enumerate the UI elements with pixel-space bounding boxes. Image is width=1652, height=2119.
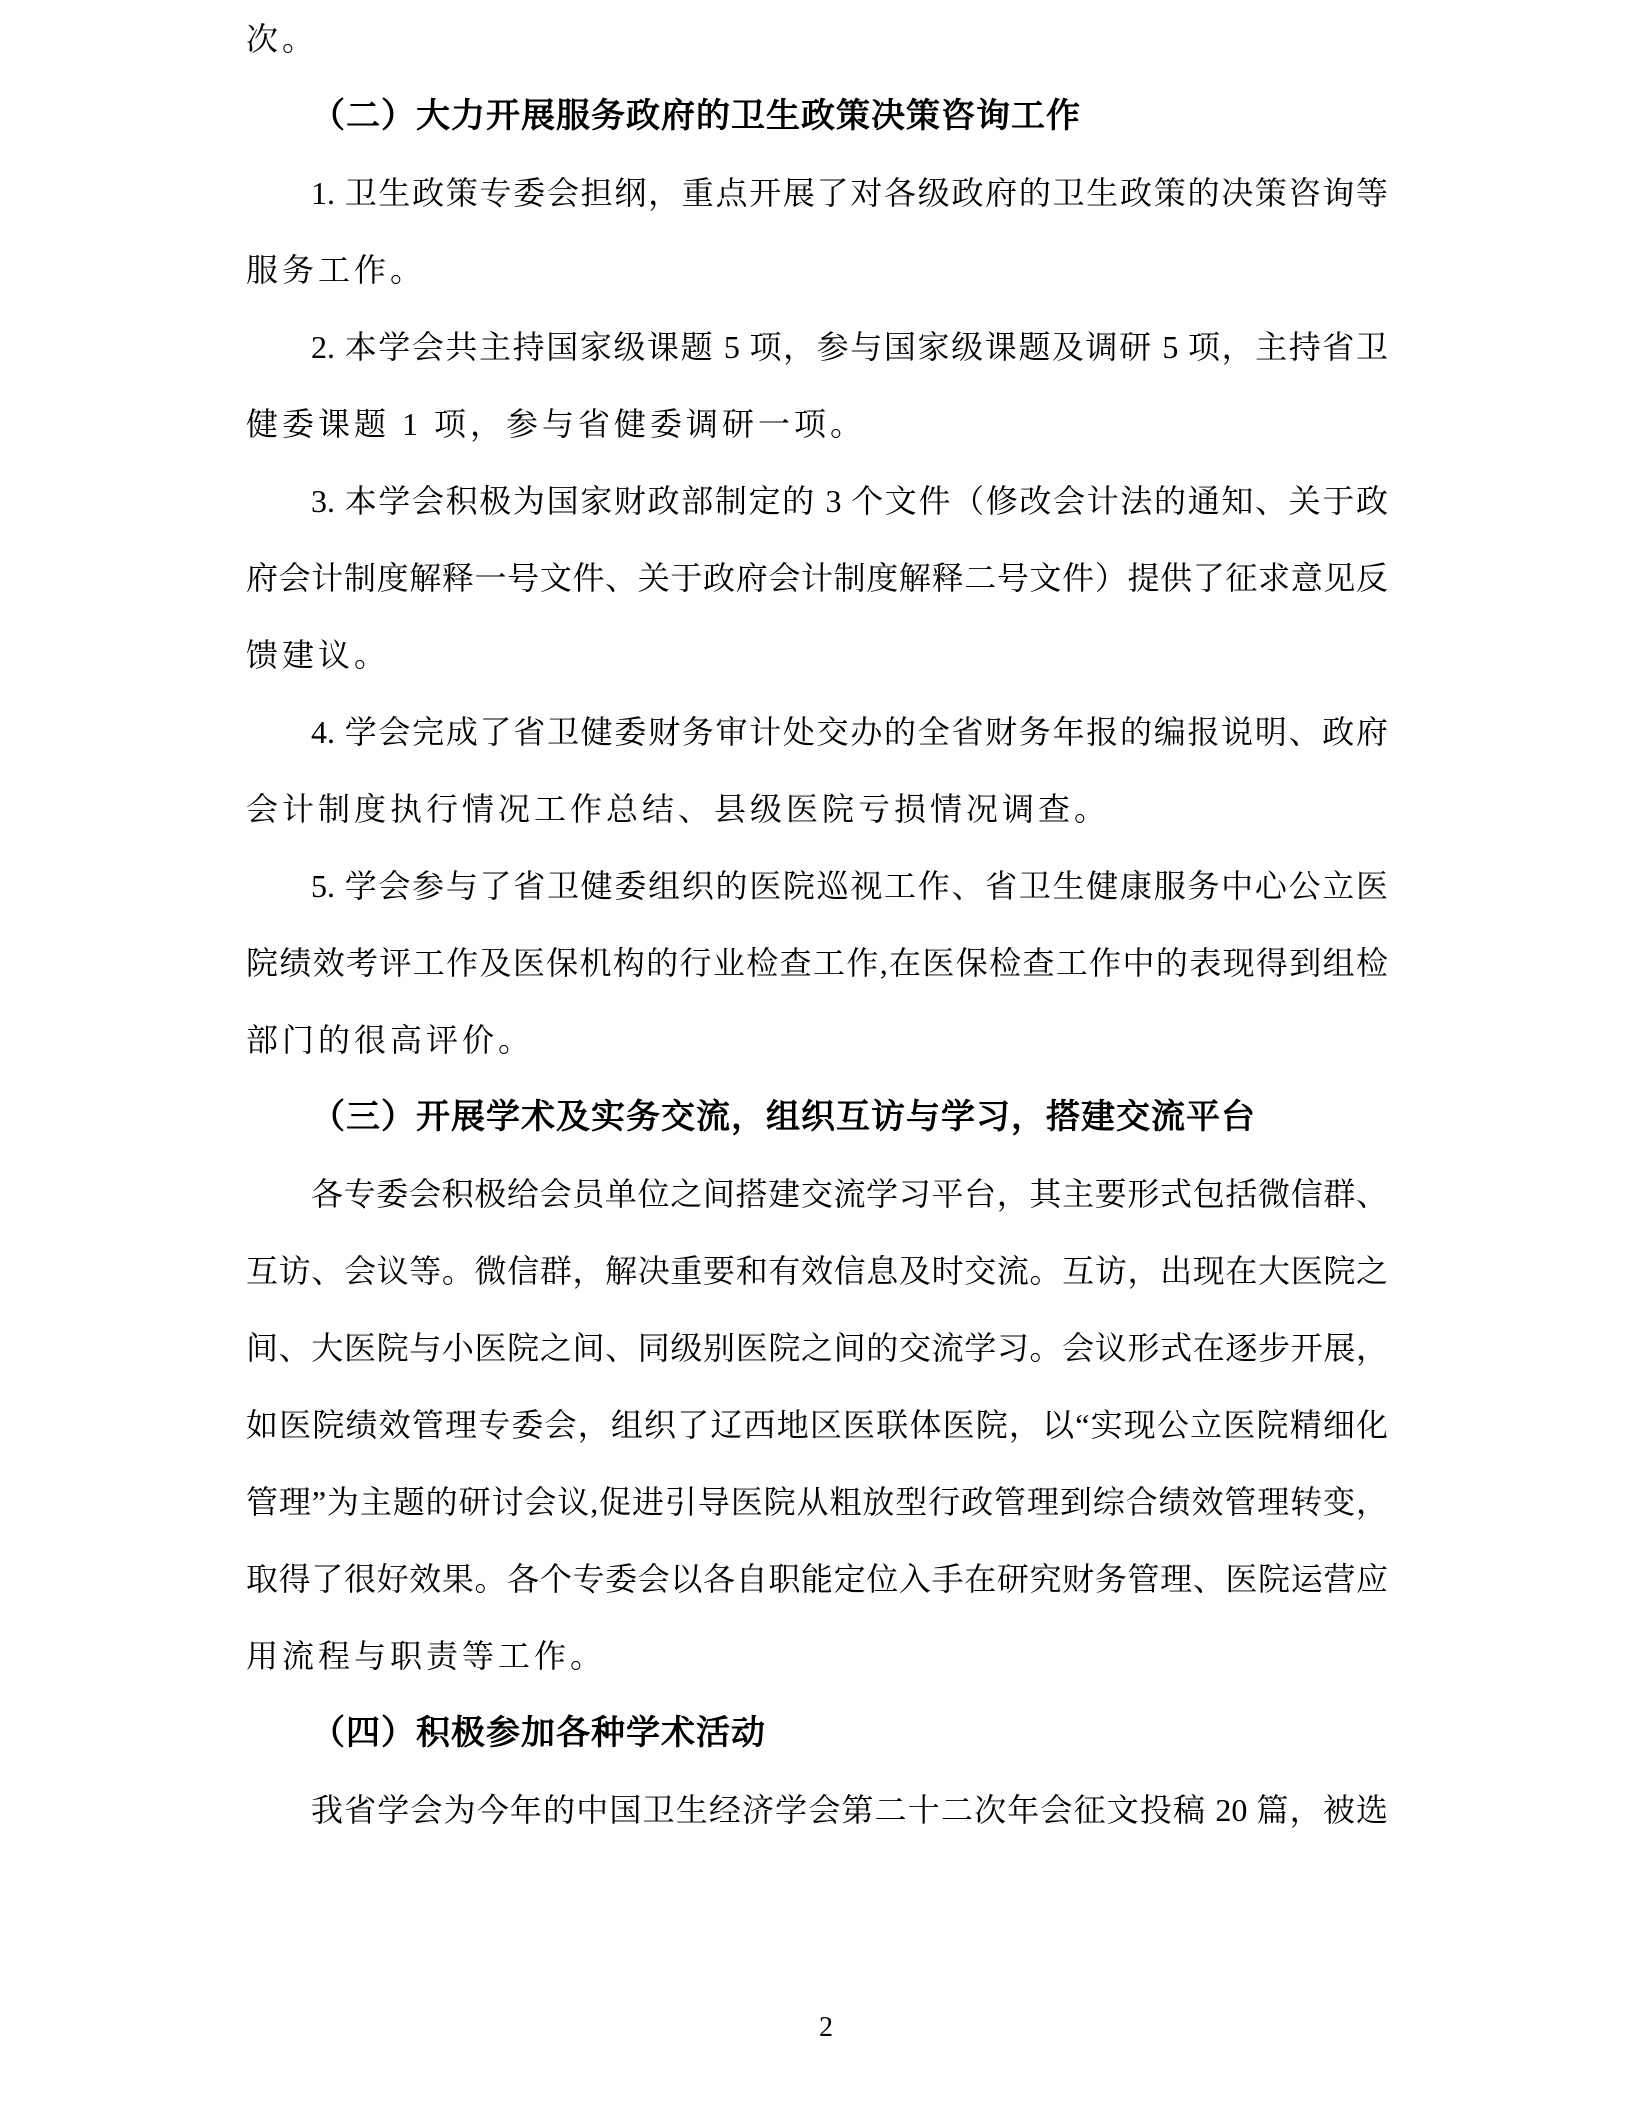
text-line: 会计制度执行情况工作总结、县级医院亏损情况调查。 [246,771,1388,848]
document-page: { "page": { "background_color": "#ffffff… [0,0,1652,2119]
text-line: 用流程与职责等工作。 [246,1618,1388,1695]
text-line: 管理”为主题的研讨会议,促进引导医院从粗放型行政管理到综合绩效管理转变， [246,1464,1388,1541]
text-line: 次。 [246,1,1388,78]
text-line: 如医院绩效管理专委会，组织了辽西地区医联体医院，以“实现公立医院精细化 [246,1387,1388,1464]
text-line: 间、大医院与小医院之间、同级别医院之间的交流学习。会议形式在逐步开展， [246,1310,1388,1387]
text-line: 2. 本学会共主持国家级课题 5 项，参与国家级课题及调研 5 项，主持省卫 [246,309,1388,386]
text-line: 3. 本学会积极为国家财政部制定的 3 个文件（修改会计法的通知、关于政 [246,463,1388,540]
text-line: 部门的很高评价。 [246,1002,1388,1079]
text-line: 我省学会为今年的中国卫生经济学会第二十二次年会征文投稿 20 篇，被选 [246,1772,1388,1849]
section-heading: （三）开展学术及实务交流，组织互访与学习，搭建交流平台 [246,1079,1388,1156]
section-heading: （二）大力开展服务政府的卫生政策决策咨询工作 [246,78,1388,155]
text-line: 4. 学会完成了省卫健委财务审计处交办的全省财务年报的编报说明、政府 [246,694,1388,771]
text-line: 院绩效考评工作及医保机构的行业检查工作,在医保检查工作中的表现得到组检 [246,925,1388,1002]
text-line: 馈建议。 [246,617,1388,694]
text-line: 取得了很好效果。各个专委会以各自职能定位入手在研究财务管理、医院运营应 [246,1541,1388,1618]
text-line: 服务工作。 [246,232,1388,309]
text-line: 各专委会积极给会员单位之间搭建交流学习平台，其主要形式包括微信群、 [246,1156,1388,1233]
text-line: 健委课题 1 项，参与省健委调研一项。 [246,386,1388,463]
text-line: 5. 学会参与了省卫健委组织的医院巡视工作、省卫生健康服务中心公立医 [246,848,1388,925]
document-content: 次。（二）大力开展服务政府的卫生政策决策咨询工作1. 卫生政策专委会担纲，重点开… [246,1,1388,1849]
page-number: 2 [0,2008,1652,2048]
text-line: 互访、会议等。微信群，解决重要和有效信息及时交流。互访，出现在大医院之 [246,1233,1388,1310]
section-heading: （四）积极参加各种学术活动 [246,1695,1388,1772]
page-background: 次。（二）大力开展服务政府的卫生政策决策咨询工作1. 卫生政策专委会担纲，重点开… [0,0,1652,2119]
text-line: 府会计制度解释一号文件、关于政府会计制度解释二号文件）提供了征求意见反 [246,540,1388,617]
text-line: 1. 卫生政策专委会担纲，重点开展了对各级政府的卫生政策的决策咨询等 [246,155,1388,232]
